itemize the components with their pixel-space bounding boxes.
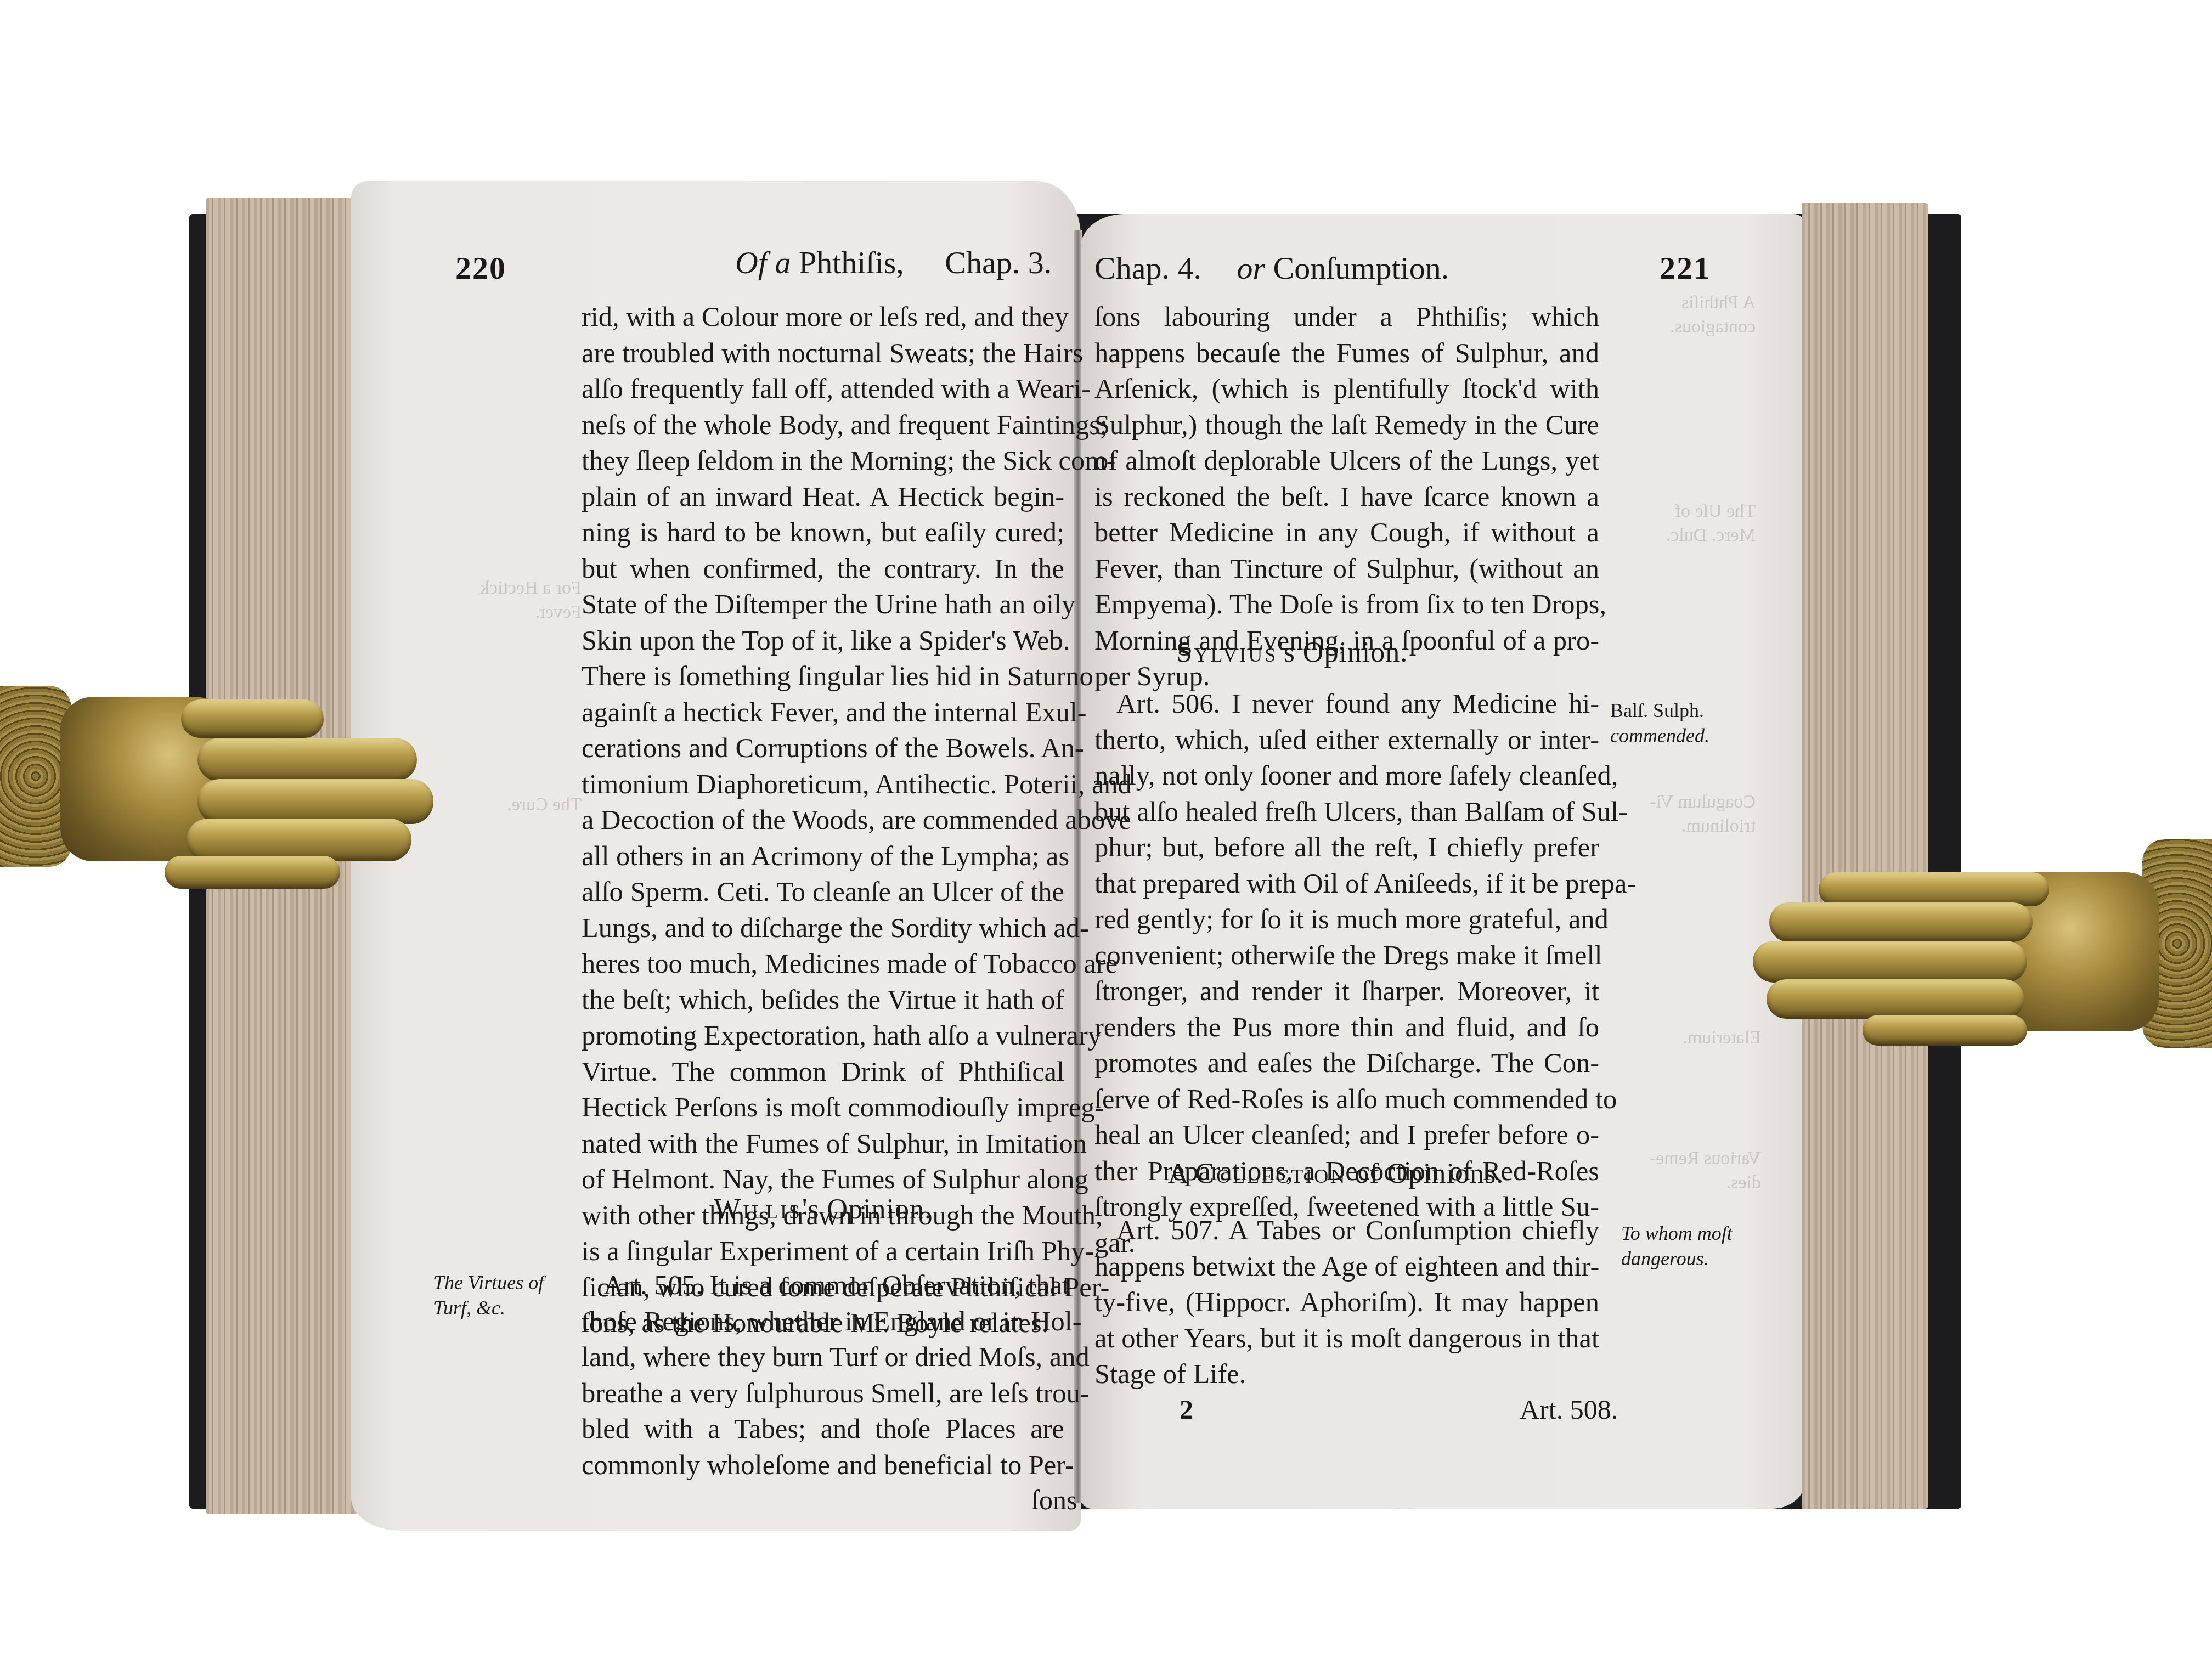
margin-note-balsam-sulphur: Balſ. Sulph. commended.: [1610, 698, 1747, 748]
text-line: Empyema). The Doſe is from ſix to ten Dr…: [1094, 586, 1599, 623]
text-line: cerations and Corruptions of the Bowels.…: [582, 730, 1064, 766]
right-page-number: 221: [1660, 250, 1711, 286]
text-line: Lungs, and to diſcharge the Sordity whic…: [582, 910, 1064, 946]
text-line: Fever, than Tincture of Sulphur, (withou…: [1094, 551, 1599, 587]
margin-note-to-whom-most-dangerous: To whom moſt dangerous.: [1621, 1221, 1758, 1271]
text-line: are troubled with nocturnal Sweats; the …: [582, 335, 1064, 371]
text-line: ſtronger, and render it ſharper. Moreove…: [1094, 973, 1599, 1009]
text-line: renders the Pus more thin and fluid, and…: [1094, 1009, 1599, 1046]
text-line: alſo frequently fall off, attended with …: [582, 371, 1064, 407]
left-page-body: rid, with a Colour more or leſs red, and…: [582, 299, 1064, 1341]
text-line: rid, with a Colour more or leſs red, and…: [582, 299, 1064, 335]
text-line: promotes and eaſes the Diſcharge. The Co…: [1094, 1045, 1599, 1081]
text-line: but when confirmed, the contrary. In the: [582, 551, 1064, 587]
ghost-note: For a HectickFever.: [450, 576, 582, 624]
text-line: at other Years, but it is moſt dangerous…: [1094, 1321, 1599, 1357]
margin-note-virtues-of-turf: The Virtues of Turf, &c.: [433, 1270, 576, 1321]
text-line: is a ſingular Experiment of a certain Ir…: [582, 1233, 1064, 1269]
left-hand-finger: [187, 819, 411, 861]
text-line: they ſleep ſeldom in the Morning; the Si…: [582, 443, 1064, 479]
text-line: phur; but, before all the reſt, I chiefl…: [1094, 830, 1599, 866]
right-page-body: ſons labouring under a Phthiſis; which h…: [1094, 299, 1599, 695]
left-catchword: ſons: [1031, 1484, 1077, 1516]
text-line: that prepared with Oil of Aniſeeds, if i…: [1094, 866, 1599, 902]
left-brass-hand: [0, 675, 439, 883]
right-catchword: Art. 508.: [1520, 1393, 1618, 1425]
text-line: ſons labouring under a Phthiſis; which: [1094, 299, 1599, 335]
text-line: ſerve of Red-Roſes is alſo much commende…: [1094, 1081, 1599, 1118]
ghost-note: Various Reme-dies.: [1640, 1147, 1761, 1195]
text-line: the beſt; which, beſides the Virtue it h…: [582, 982, 1064, 1018]
article-507: Art. 507. A Tabes or Conſumption chiefly…: [1094, 1212, 1599, 1392]
text-line: bled with a Tabes; and thoſe Places are: [582, 1411, 1064, 1447]
text-line: alſo Sperm. Ceti. To cleanſe an Ulcer of…: [582, 874, 1064, 910]
ghost-note: The Cure.: [483, 793, 582, 817]
heading-rest: 's Opinion.: [1278, 637, 1408, 668]
text-line: Art. 507. A Tabes or Conſumption chiefly: [1094, 1212, 1599, 1249]
text-line: There is ſomething ſingular lies hid in …: [582, 658, 1064, 695]
text-line: neſs of the whole Body, and frequent Fai…: [582, 407, 1064, 443]
sylvius-opinion-heading: Sylvius's Opinion.: [1094, 636, 1489, 669]
text-line: ty-five, (Hippocr. Aphoriſm). It may hap…: [1094, 1284, 1599, 1321]
text-line: Skin upon the Top of it, like a Spider's…: [582, 623, 1064, 659]
text-line: State of the Diſtemper the Urine hath an…: [582, 586, 1064, 623]
text-line: Art. 505. It is a common Obſervation, th…: [582, 1267, 1064, 1304]
text-line: Hectick Perſons is moſt commodiouſly imp…: [582, 1090, 1064, 1126]
running-head-chapter: Chap. 4.: [1094, 250, 1201, 286]
right-hand-finger: [1753, 941, 2027, 983]
right-hand-finger: [1819, 872, 2049, 906]
text-line: nated with the Fumes of Sulphur, in Imit…: [582, 1126, 1064, 1162]
left-hand-finger: [198, 738, 417, 782]
willis-opinion-heading: Willis's Opinion.: [582, 1193, 1064, 1226]
left-page-number: 220: [455, 250, 506, 286]
text-line: therto, which, uſed either externally or…: [1094, 722, 1599, 758]
left-hand-finger: [198, 779, 433, 824]
text-line: timonium Diaphoreticum, Antihectic. Pote…: [582, 766, 1064, 803]
text-line: againſt a hectick Fever, and the interna…: [582, 695, 1064, 731]
running-head-title: Phthiſis,: [799, 245, 904, 280]
text-line: happens betwixt the Age of eighteen and …: [1094, 1249, 1599, 1285]
text-line: but alſo healed freſh Ulcers, than Balſa…: [1094, 794, 1599, 830]
heading-rest: 's Opinion.: [802, 1194, 932, 1225]
text-line: land, where they burn Turf or dried Moſs…: [582, 1339, 1064, 1375]
text-line: better Medicine in any Cough, if without…: [1094, 515, 1599, 551]
text-line: Virtue. The common Drink of Phthiſical: [582, 1054, 1064, 1090]
heading-name: Willis: [714, 1194, 802, 1225]
text-line: Sulphur,) though the laſt Remedy in the …: [1094, 407, 1599, 443]
left-hand-finger: [165, 856, 340, 889]
heading-name: Sylvius: [1176, 637, 1278, 668]
text-line: breathe a very ſulphurous Smell, are leſ…: [582, 1375, 1064, 1412]
text-line: nally, not only ſooner and more ſafely c…: [1094, 758, 1599, 794]
text-line: commonly wholeſome and beneficial to Per…: [582, 1447, 1064, 1483]
text-line: of almoſt deplorable Ulcers of the Lungs…: [1094, 443, 1599, 479]
text-line: promoting Expectoration, hath alſo a vul…: [582, 1018, 1064, 1054]
text-line: a Decoction of the Woods, are commended …: [582, 802, 1064, 838]
text-line: all others in an Acrimony of the Lympha;…: [582, 838, 1064, 874]
text-line: happens becauſe the Fumes of Sulphur, an…: [1094, 335, 1599, 371]
ghost-note: A Phthiſiscontagious.: [1646, 291, 1756, 339]
article-505: Art. 505. It is a common Obſervation, th…: [582, 1267, 1064, 1483]
right-hand-finger: [1863, 1015, 2027, 1046]
running-head-italic: Of a: [735, 245, 791, 280]
right-brass-hand: [1753, 839, 2212, 1059]
text-line: convenient; otherwiſe the Dregs make it …: [1094, 938, 1599, 974]
text-line: ning is hard to be known, but eaſily cur…: [582, 515, 1064, 551]
text-line: heal an Ulcer cleanſed; and I prefer bef…: [1094, 1117, 1599, 1153]
ghost-note: Elaterium.: [1651, 1026, 1761, 1050]
text-line: Art. 506. I never found any Medicine hi-: [1094, 686, 1599, 722]
text-line: Arſenick, (which is plentifully ſtock'd …: [1094, 371, 1599, 407]
text-line: Stage of Life.: [1094, 1356, 1599, 1392]
text-line: red gently; for ſo it is much more grate…: [1094, 901, 1599, 938]
collection-of-opinions-heading: A Collection of Opinions.: [1094, 1158, 1577, 1190]
left-running-head: Of a Phthiſis, Chap. 3.: [735, 244, 1052, 281]
signature-mark: 2: [1180, 1393, 1193, 1425]
text-line: thoſe Regions, whether in England or in …: [582, 1304, 1064, 1340]
left-hand-finger: [181, 699, 324, 738]
text-line: of Helmont. Nay, the Fumes of Sulphur al…: [582, 1161, 1064, 1198]
ghost-note: Coagulum Vi-triolinum.: [1635, 790, 1756, 838]
right-hand-finger: [1769, 902, 2033, 942]
ghost-note: The Uſe ofMerc. Dulc.: [1646, 499, 1756, 548]
running-head-italic: or: [1237, 250, 1265, 286]
text-line: heres too much, Medicines made of Tobacc…: [582, 946, 1064, 982]
running-head-chapter: Chap. 3.: [945, 245, 1052, 280]
right-running-head: Chap. 4. or Conſumption.: [1094, 250, 1449, 286]
text-line: plain of an inward Heat. A Hectick begin…: [582, 479, 1064, 515]
running-head-title: Conſumption.: [1273, 250, 1449, 286]
text-line: is reckoned the beſt. I have ſcarce know…: [1094, 479, 1599, 515]
right-hand-finger: [1767, 979, 2024, 1019]
